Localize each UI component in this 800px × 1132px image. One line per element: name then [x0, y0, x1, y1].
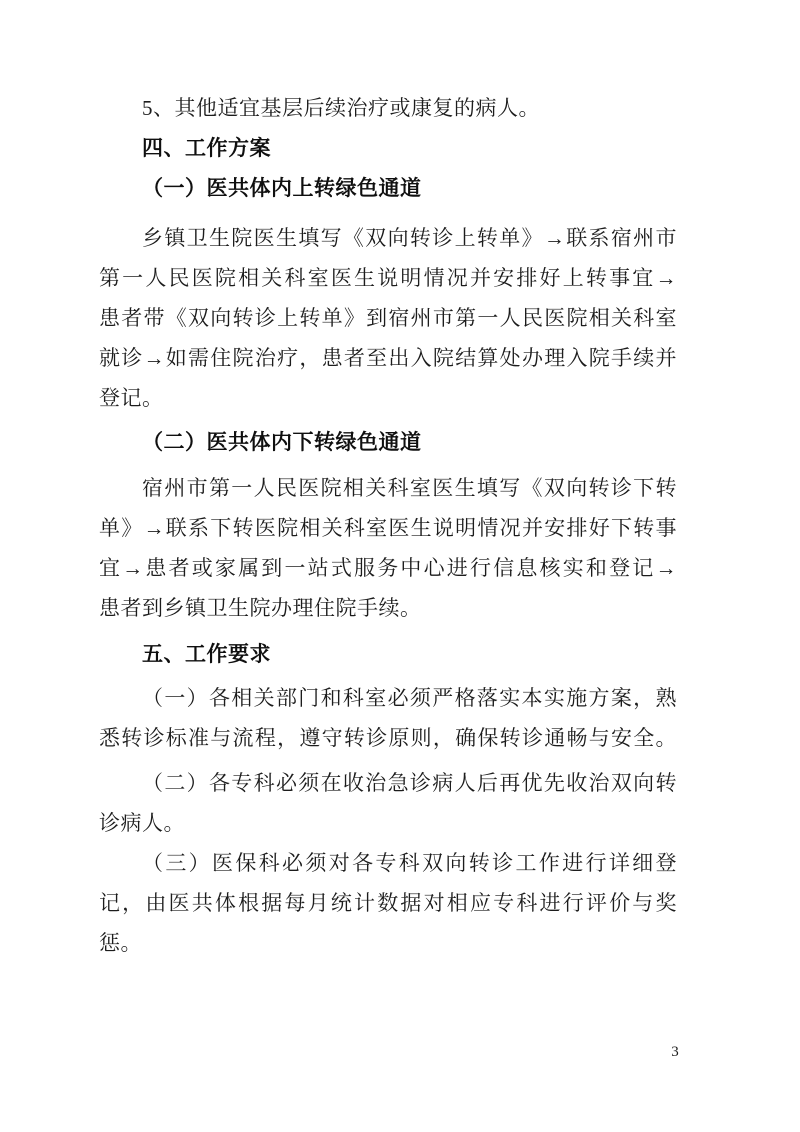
para-upward-line-5: 登记。 — [99, 378, 677, 418]
heading-work-requirements: 五、工作要求 — [99, 634, 677, 674]
para-upward-line-3: 患者带《双向转诊上转单》到宿州市第一人民医院相关科室 — [99, 298, 677, 338]
para-requirement-3-line-1: （三）医保科必须对各专科双向转诊工作进行详细登 — [99, 843, 677, 883]
para-requirement-2-line-1: （二）各专科必须在收治急诊病人后再优先收治双向转 — [99, 763, 677, 803]
para-downward-line-4: 患者到乡镇卫生院办理住院手续。 — [99, 588, 677, 628]
para-upward-line-4: 就诊→如需住院治疗，患者至出入院结算处办理入院手续并 — [99, 338, 677, 378]
para-requirement-1-line-2: 悉转诊标准与流程，遵守转诊原则，确保转诊通畅与安全。 — [99, 718, 677, 758]
para-requirement-3-line-2: 记，由医共体根据每月统计数据对相应专科进行评价与奖 — [99, 883, 677, 923]
para-upward-line-2: 第一人民医院相关科室医生说明情况并安排好上转事宜→ — [99, 258, 677, 298]
para-downward-line-1: 宿州市第一人民医院相关科室医生填写《双向转诊下转 — [99, 468, 677, 508]
list-item-5: 5、其他适宜基层后续治疗或康复的病人。 — [99, 88, 677, 128]
document-body: 5、其他适宜基层后续治疗或康复的病人。 四、工作方案 （一）医共体内上转绿色通道… — [99, 88, 677, 963]
heading-upward-channel: （一）医共体内上转绿色通道 — [99, 168, 677, 208]
document-page: 5、其他适宜基层后续治疗或康复的病人。 四、工作方案 （一）医共体内上转绿色通道… — [0, 0, 800, 1132]
heading-downward-channel: （二）医共体内下转绿色通道 — [99, 422, 677, 462]
page-number: 3 — [660, 1041, 690, 1063]
para-upward-line-1: 乡镇卫生院医生填写《双向转诊上转单》→联系宿州市 — [99, 218, 677, 258]
para-requirement-2-line-2: 诊病人。 — [99, 803, 677, 843]
para-downward-line-2: 单》→联系下转医院相关科室医生说明情况并安排好下转事 — [99, 508, 677, 548]
para-requirement-1-line-1: （一）各相关部门和科室必须严格落实本实施方案，熟 — [99, 678, 677, 718]
para-downward-line-3: 宜→患者或家属到一站式服务中心进行信息核实和登记→ — [99, 548, 677, 588]
heading-work-plan: 四、工作方案 — [99, 128, 677, 168]
para-requirement-3-line-3: 惩。 — [99, 923, 677, 963]
